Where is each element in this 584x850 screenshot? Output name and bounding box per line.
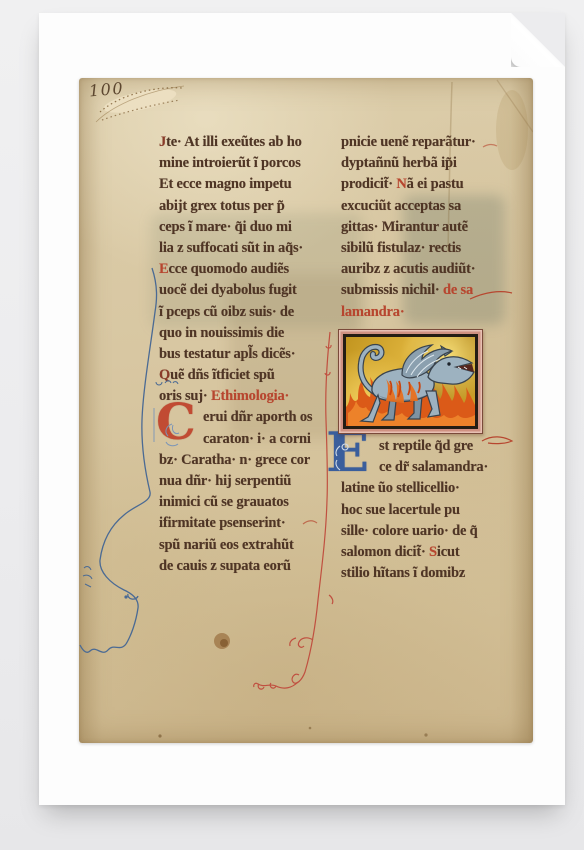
text-segment: sibilũ fistulaz· rectis	[341, 240, 461, 256]
text-line: erui dñr aporth os	[203, 407, 339, 428]
text-segment: dyptañnũ herbã ip̃i	[341, 155, 457, 171]
text-segment: ã ei pastu	[407, 176, 464, 192]
text-segment: erui dñr aporth os	[203, 409, 312, 425]
crease-line	[497, 80, 533, 132]
text-segment: cce quomodo audiẽs	[168, 261, 288, 277]
text-segment: de sa	[443, 282, 473, 298]
text-line: ĩ pceps cũ oibz suis· de	[159, 302, 339, 323]
text-segment: pnicie uenẽ reparãtur·	[341, 134, 476, 150]
text-line: stilio hĩtans ĩ domibz	[341, 563, 525, 584]
text-line: inimici cũ se grauatos	[159, 492, 339, 513]
text-line: spũ nariũ eos extrahũt	[159, 535, 339, 556]
text-segment: te· At illi exeũtes ab ho	[166, 134, 302, 150]
text-segment: ceps ĩ mare· q̃i duo mi	[159, 219, 292, 235]
text-line: sibilũ fistulaz· rectis	[341, 238, 525, 259]
product-photo: 100 Jte· At illi exeũtes ab homine intro…	[0, 0, 584, 850]
text-segment: caraton· i· a corni	[203, 431, 311, 447]
text-segment: lia z suffocati sũt in aq̃s·	[159, 240, 303, 256]
illuminated-initial-c: C	[156, 398, 196, 446]
text-segment: excuciũt acceptas sa	[341, 198, 461, 214]
text-segment: inimici cũ se grauatos	[159, 494, 289, 510]
text-segment: Et ecce magno impetu	[159, 176, 292, 192]
folio-number: 100	[88, 79, 125, 101]
text-segment: stilio hĩtans ĩ domibz	[341, 565, 465, 581]
text-segment: ce dr̃ salamandra·	[379, 459, 488, 475]
text-segment: ifirmitate psenserint·	[159, 515, 285, 531]
text-line: Jte· At illi exeũtes ab ho	[159, 132, 339, 153]
print-sheet: 100 Jte· At illi exeũtes ab homine intro…	[39, 13, 565, 805]
text-line: sille· colore uario· de q̃	[341, 521, 525, 542]
text-segment: sille· colore uario· de q̃	[341, 523, 478, 539]
text-line: salomon dicit̃· Sicut	[341, 542, 525, 563]
text-segment: de cauis z supata eorũ	[159, 558, 291, 574]
text-segment: prodicit̃·	[341, 176, 396, 192]
text-line: Ecce quomodo audiẽs	[159, 259, 339, 280]
text-line: nua dñr· hij serpentiũ	[159, 471, 339, 492]
text-segment: ĩ pceps cũ oibz suis· de	[159, 304, 294, 320]
text-line: lia z suffocati sũt in aq̃s·	[159, 238, 339, 259]
text-line: bz· Caratha· n· grece cor	[159, 450, 339, 471]
text-segment: J	[159, 134, 166, 150]
text-line: Et ecce magno impetu	[159, 174, 339, 195]
miniature-gold-ground	[343, 334, 478, 429]
text-segment: bz· Caratha· n· grece cor	[159, 452, 310, 468]
text-line: ceps ĩ mare· q̃i duo mi	[159, 217, 339, 238]
text-line: hoc sue lacertule pu	[341, 500, 525, 521]
text-segment: mine introierũt ĩ porcos	[159, 155, 301, 171]
text-segment: lamandra·	[341, 304, 404, 320]
text-segment: salomon dicit̃·	[341, 544, 429, 560]
text-segment: quo in nouissimis die	[159, 325, 284, 341]
text-line: Quẽ dñs ĩtficiet spũ	[159, 365, 339, 386]
text-line: quo in nouissimis die	[159, 323, 339, 344]
text-segment: uocẽ dei dyabolus fugit	[159, 282, 297, 298]
text-line: dyptañnũ herbã ip̃i	[341, 153, 525, 174]
text-segment: auribz z acutis audiũt·	[341, 261, 475, 277]
text-segment: hoc sue lacertule pu	[341, 502, 460, 518]
text-line: mine introierũt ĩ porcos	[159, 153, 339, 174]
text-column-right-top: pnicie uenẽ reparãtur·dyptañnũ herbã ip̃…	[341, 132, 525, 323]
salamander-miniature	[338, 329, 483, 434]
text-line: pnicie uenẽ reparãtur·	[341, 132, 525, 153]
text-segment: nua dñr· hij serpentiũ	[159, 473, 291, 489]
text-segment: N	[396, 176, 406, 192]
text-line: excuciũt acceptas sa	[341, 196, 525, 217]
text-line: uocẽ dei dyabolus fugit	[159, 280, 339, 301]
text-line: st reptile q̃d gre	[379, 436, 525, 457]
text-segment: uẽ dñs ĩtficiet spũ	[170, 367, 275, 383]
text-line: caraton· i· a corni	[203, 429, 339, 450]
salamander-illustration	[346, 337, 475, 426]
text-segment: S	[429, 544, 437, 560]
text-line: abijt grex totus per p̃	[159, 196, 339, 217]
text-segment: Ethimologia·	[211, 388, 289, 404]
text-column-left: Jte· At illi exeũtes ab homine introierũ…	[159, 132, 339, 577]
text-segment: gittas· Mirantur autẽ	[341, 219, 468, 235]
text-segment: spũ nariũ eos extrahũt	[159, 537, 294, 553]
text-line: de cauis z supata eorũ	[159, 556, 339, 577]
text-line: ce dr̃ salamandra·	[379, 457, 525, 478]
text-line: ifirmitate psenserint·	[159, 513, 339, 534]
text-line: lamandra·	[341, 302, 525, 323]
text-segment: submissis nichil·	[341, 282, 443, 298]
text-segment: Q	[159, 367, 170, 383]
text-segment: icut	[437, 544, 460, 560]
text-line: auribz z acutis audiũt·	[341, 259, 525, 280]
text-line: prodicit̃· Nã ei pastu	[341, 174, 525, 195]
manuscript-page: 100 Jte· At illi exeũtes ab homine intro…	[79, 78, 533, 743]
text-line: bus testatur apl̃s dicẽs·	[159, 344, 339, 365]
text-line: submissis nichil· de sa	[341, 280, 525, 301]
text-segment: abijt grex totus per p̃	[159, 198, 285, 214]
text-segment: st reptile q̃d gre	[379, 438, 473, 454]
stain-spot	[214, 633, 230, 649]
text-line: gittas· Mirantur autẽ	[341, 217, 525, 238]
text-segment: bus testatur apl̃s dicẽs·	[159, 346, 295, 362]
